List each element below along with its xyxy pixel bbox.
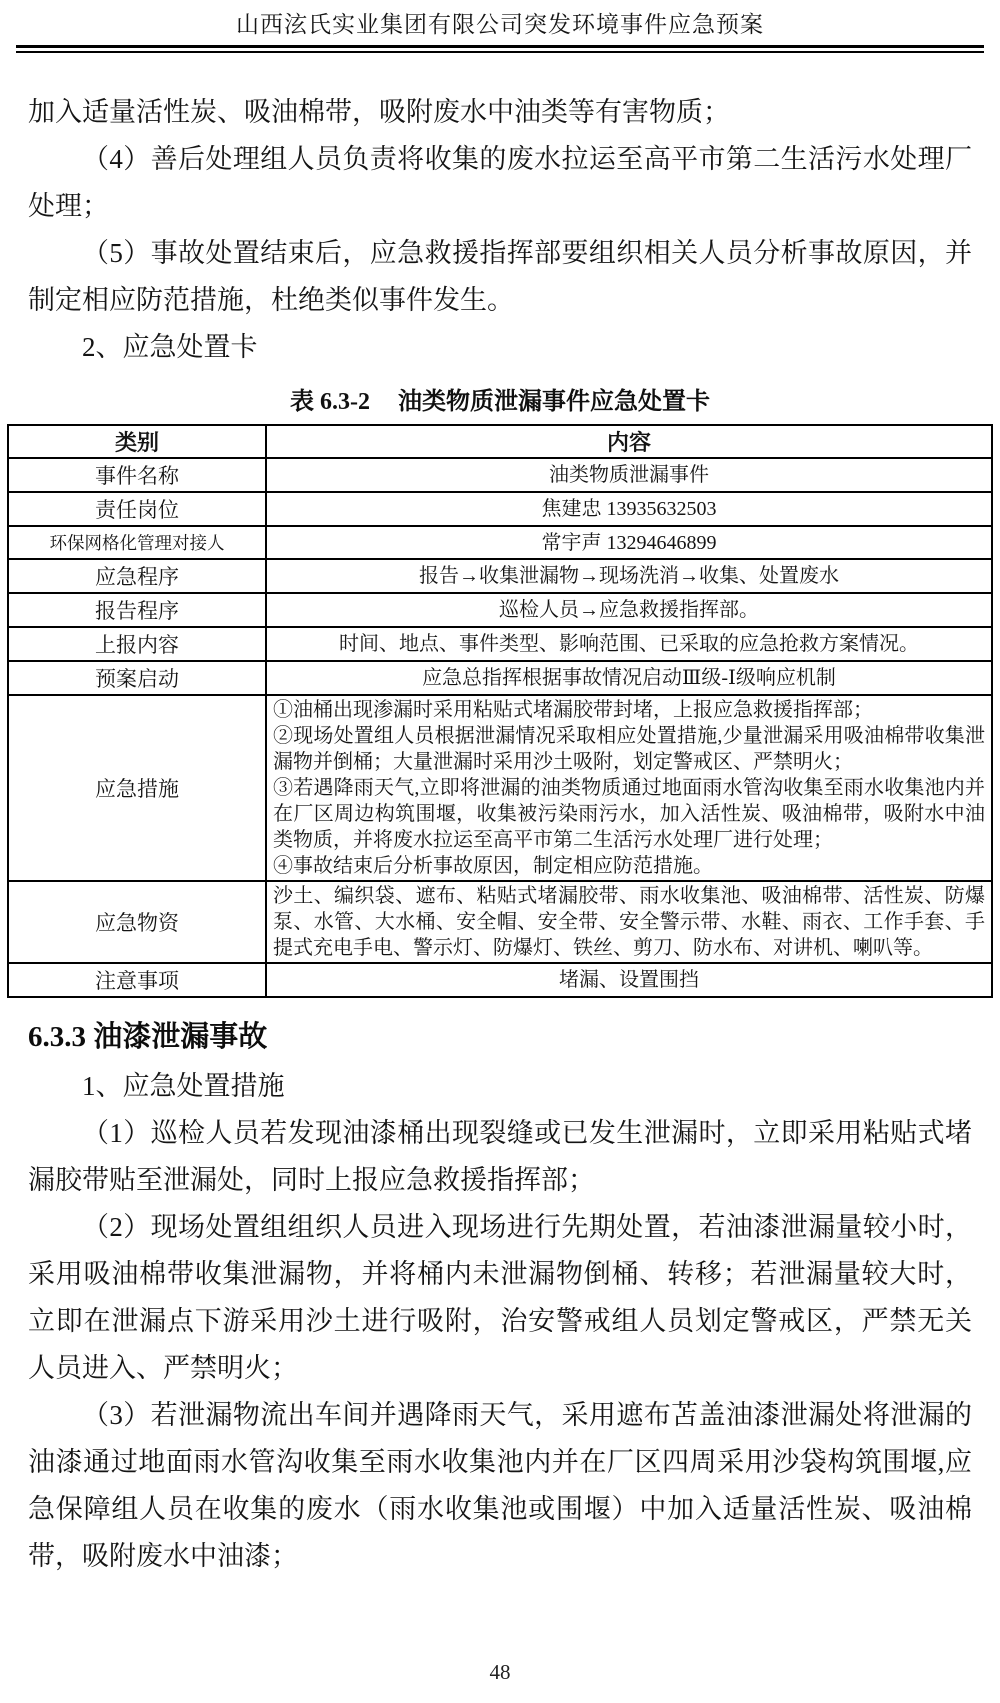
table-header-row: 类别 内容 xyxy=(8,425,992,458)
row-value: ①油桶出现渗漏时采用粘贴式堵漏胶带封堵，上报应急救援指挥部； ②现场处置组人员根… xyxy=(266,695,992,881)
paragraph-continuation: 加入适量活性炭、吸油棉带，吸附废水中油类等有害物质； xyxy=(28,89,972,136)
column-header-category: 类别 xyxy=(8,425,266,458)
row-label: 报告程序 xyxy=(8,593,266,627)
row-label: 环保网格化管理对接人 xyxy=(8,526,266,559)
row-label: 上报内容 xyxy=(8,627,266,661)
table-caption: 表 6.3-2油类物质泄漏事件应急处置卡 xyxy=(0,381,1000,416)
row-label: 应急程序 xyxy=(8,559,266,593)
paragraph-item-3: （3）若泄漏物流出车间并遇降雨天气，采用遮布苫盖油漆泄漏处将泄漏的油漆通过地面雨… xyxy=(28,1392,972,1580)
row-value: 巡检人员→应急救援指挥部。 xyxy=(266,593,992,627)
row-label: 应急措施 xyxy=(8,695,266,881)
table-row: 应急程序 报告→收集泄漏物→现场洗消→收集、处置废水 xyxy=(8,559,992,593)
paragraph-measures-title: 1、应急处置措施 xyxy=(28,1063,972,1110)
row-value: 堵漏、设置围挡 xyxy=(266,963,992,997)
column-header-content: 内容 xyxy=(266,425,992,458)
table-caption-title: 油类物质泄漏事件应急处置卡 xyxy=(398,389,710,415)
row-label: 事件名称 xyxy=(8,458,266,492)
row-label: 责任岗位 xyxy=(8,492,266,526)
table-caption-number: 表 6.3-2 xyxy=(290,389,370,415)
table-row: 报告程序 巡检人员→应急救援指挥部。 xyxy=(8,593,992,627)
section-body: 1、应急处置措施 （1）巡检人员若发现油漆桶出现裂缝或已发生泄漏时，立即采用粘贴… xyxy=(28,1063,972,1580)
page-header: 山西泫氏实业集团有限公司突发环境事件应急预案 xyxy=(0,0,1000,53)
row-label: 注意事项 xyxy=(8,963,266,997)
table-row: 注意事项 堵漏、设置围挡 xyxy=(8,963,992,997)
row-value: 沙土、编织袋、遮布、粘贴式堵漏胶带、雨水收集池、吸油棉带、活性炭、防爆泵、水管、… xyxy=(266,881,992,963)
table-row: 上报内容 时间、地点、事件类型、影响范围、已采取的应急抢救方案情况。 xyxy=(8,627,992,661)
page-footer: 48 xyxy=(0,1660,1000,1685)
row-label: 应急物资 xyxy=(8,881,266,963)
table-row-supplies: 应急物资 沙土、编织袋、遮布、粘贴式堵漏胶带、雨水收集池、吸油棉带、活性炭、防爆… xyxy=(8,881,992,963)
intro-block: 加入适量活性炭、吸油棉带，吸附废水中油类等有害物质； （4）善后处理组人员负责将… xyxy=(28,89,972,371)
paragraph-item-1: （1）巡检人员若发现油漆桶出现裂缝或已发生泄漏时，立即采用粘贴式堵漏胶带贴至泄漏… xyxy=(28,1110,972,1204)
row-value: 报告→收集泄漏物→现场洗消→收集、处置废水 xyxy=(266,559,992,593)
emergency-card-table: 类别 内容 事件名称 油类物质泄漏事件 责任岗位 焦建忠 13935632503… xyxy=(7,424,993,998)
page-number: 48 xyxy=(490,1660,511,1684)
table-row: 环保网格化管理对接人 常宇声 13294646899 xyxy=(8,526,992,559)
paragraph-item-2: （2）现场处置组组织人员进入现场进行先期处置，若油漆泄漏量较小时，采用吸油棉带收… xyxy=(28,1204,972,1392)
paragraph-card-intro: 2、应急处置卡 xyxy=(28,324,972,371)
section-heading-6-3-3: 6.3.3 油漆泄漏事故 xyxy=(28,1014,972,1055)
table-row: 预案启动 应急总指挥根据事故情况启动Ⅲ级-Ⅰ级响应机制 xyxy=(8,661,992,695)
row-value: 焦建忠 13935632503 xyxy=(266,492,992,526)
header-double-rule xyxy=(16,45,984,53)
paragraph-item-4: （4）善后处理组人员负责将收集的废水拉运至高平市第二生活污水处理厂处理； xyxy=(28,136,972,230)
document-title: 山西泫氏实业集团有限公司突发环境事件应急预案 xyxy=(0,6,1000,39)
row-label: 预案启动 xyxy=(8,661,266,695)
row-value: 时间、地点、事件类型、影响范围、已采取的应急抢救方案情况。 xyxy=(266,627,992,661)
row-value: 应急总指挥根据事故情况启动Ⅲ级-Ⅰ级响应机制 xyxy=(266,661,992,695)
row-value: 油类物质泄漏事件 xyxy=(266,458,992,492)
table-row: 责任岗位 焦建忠 13935632503 xyxy=(8,492,992,526)
document-page: 山西泫氏实业集团有限公司突发环境事件应急预案 加入适量活性炭、吸油棉带，吸附废水… xyxy=(0,0,1000,1703)
table-row-measures: 应急措施 ①油桶出现渗漏时采用粘贴式堵漏胶带封堵，上报应急救援指挥部； ②现场处… xyxy=(8,695,992,881)
row-value: 常宇声 13294646899 xyxy=(266,526,992,559)
table-row: 事件名称 油类物质泄漏事件 xyxy=(8,458,992,492)
paragraph-item-5: （5）事故处置结束后，应急救援指挥部要组织相关人员分析事故原因，并制定相应防范措… xyxy=(28,230,972,324)
